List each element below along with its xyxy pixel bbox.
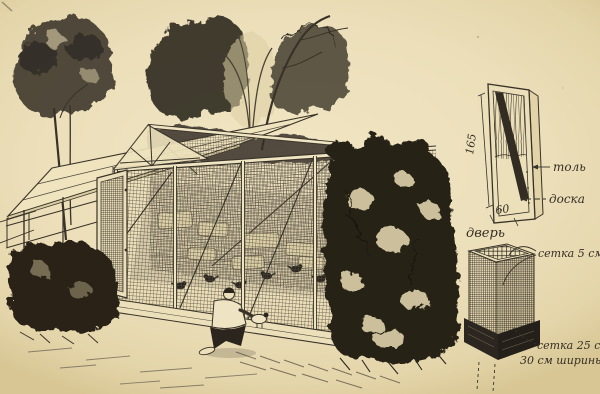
speck <box>562 87 563 88</box>
illustration-svg: 165 60 толь доска дверь сетка 5 см сетка… <box>0 0 600 394</box>
board-label: доска <box>549 192 585 206</box>
door-hinge <box>125 249 128 252</box>
scanned-page: 165 60 толь доска дверь сетка 5 см сетка… <box>0 0 600 394</box>
mesh-column-inset: сетка 5 см сетка 25 см 30 см ширины <box>464 244 600 392</box>
bush-tuft <box>326 140 354 160</box>
speck <box>522 299 524 301</box>
dapple <box>376 228 408 252</box>
foliage-highlight <box>45 32 65 48</box>
width-note-label: 30 см ширины <box>520 354 600 367</box>
right-bush <box>323 134 458 374</box>
door-width-dim: 60 <box>495 202 511 217</box>
mesh-top-label: сетка 5 см <box>538 247 600 260</box>
foliage-highlight <box>81 68 99 82</box>
foliage-highlight <box>68 282 92 298</box>
bush-tuft <box>363 134 387 152</box>
door-caption: дверь <box>466 226 505 241</box>
dapple <box>420 202 440 218</box>
dapple <box>395 173 413 187</box>
left-bush <box>8 241 118 344</box>
corner-mark <box>2 2 12 11</box>
nail <box>528 202 530 204</box>
dapple <box>340 273 364 291</box>
tar-paper-label: толь <box>553 160 586 174</box>
nail <box>527 187 529 189</box>
dapple <box>374 331 406 349</box>
height-dimension-line <box>481 95 489 206</box>
dapple <box>360 317 384 333</box>
bush-tuft <box>399 139 431 161</box>
door-height-dim: 165 <box>463 133 479 156</box>
door-panel-inset: 165 60 толь доска дверь <box>463 84 586 241</box>
door-hinge <box>125 189 128 192</box>
left-bush-foliage <box>8 241 118 332</box>
nail <box>526 171 528 173</box>
grass-strokes <box>20 332 98 344</box>
dapple <box>401 290 429 310</box>
foliage-clump <box>67 34 103 62</box>
foliage-highlight <box>30 263 50 277</box>
speck <box>477 36 479 38</box>
right-bush-foliage <box>323 143 458 362</box>
white-bird-head <box>264 313 269 318</box>
drop-dashed-line <box>477 362 479 390</box>
mesh-bottom-label: сетка 25 см <box>537 339 600 352</box>
drop-dashed-line <box>493 364 495 392</box>
